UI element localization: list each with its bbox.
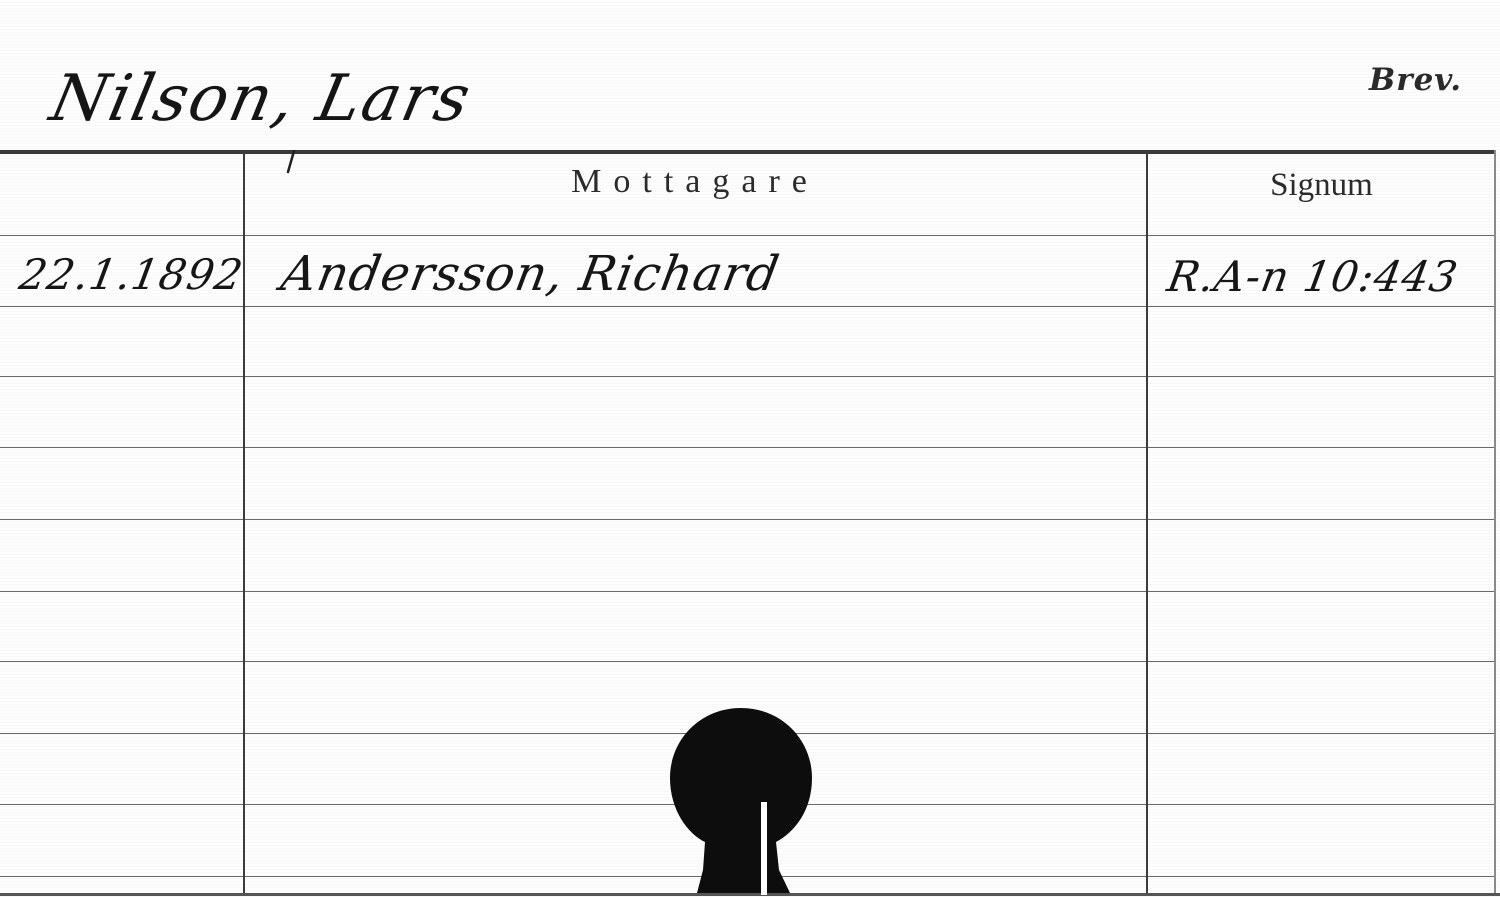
entry-recipient: Andersson, Richard xyxy=(277,246,784,302)
row-divider xyxy=(0,876,1496,877)
column-divider-signum xyxy=(1146,152,1148,895)
column-header-mottagare: Mottagare xyxy=(245,163,1145,201)
card-name-header: Nilson, Lars xyxy=(44,62,478,136)
row-divider xyxy=(0,733,1496,734)
index-card: Nilson, Lars Brev. Mottagare Signum 22.1… xyxy=(0,0,1500,897)
ink-stroke-mark xyxy=(285,150,297,174)
entry-date: 22.1.1892 xyxy=(16,250,247,299)
row-divider xyxy=(0,591,1496,592)
row-divider xyxy=(0,376,1496,377)
row-divider xyxy=(0,235,1496,236)
row-divider xyxy=(0,447,1496,448)
card-bottom-edge xyxy=(0,893,1500,896)
column-header-signum: Signum xyxy=(1149,167,1494,204)
card-right-edge xyxy=(1494,150,1496,895)
entry-signum: R.A-n 10:443 xyxy=(1164,252,1462,301)
row-divider xyxy=(0,661,1496,662)
row-divider xyxy=(0,519,1496,520)
header-divider xyxy=(0,150,1496,154)
card-type-label: Brev. xyxy=(1369,62,1462,98)
row-divider xyxy=(0,306,1496,307)
row-divider xyxy=(0,804,1496,805)
